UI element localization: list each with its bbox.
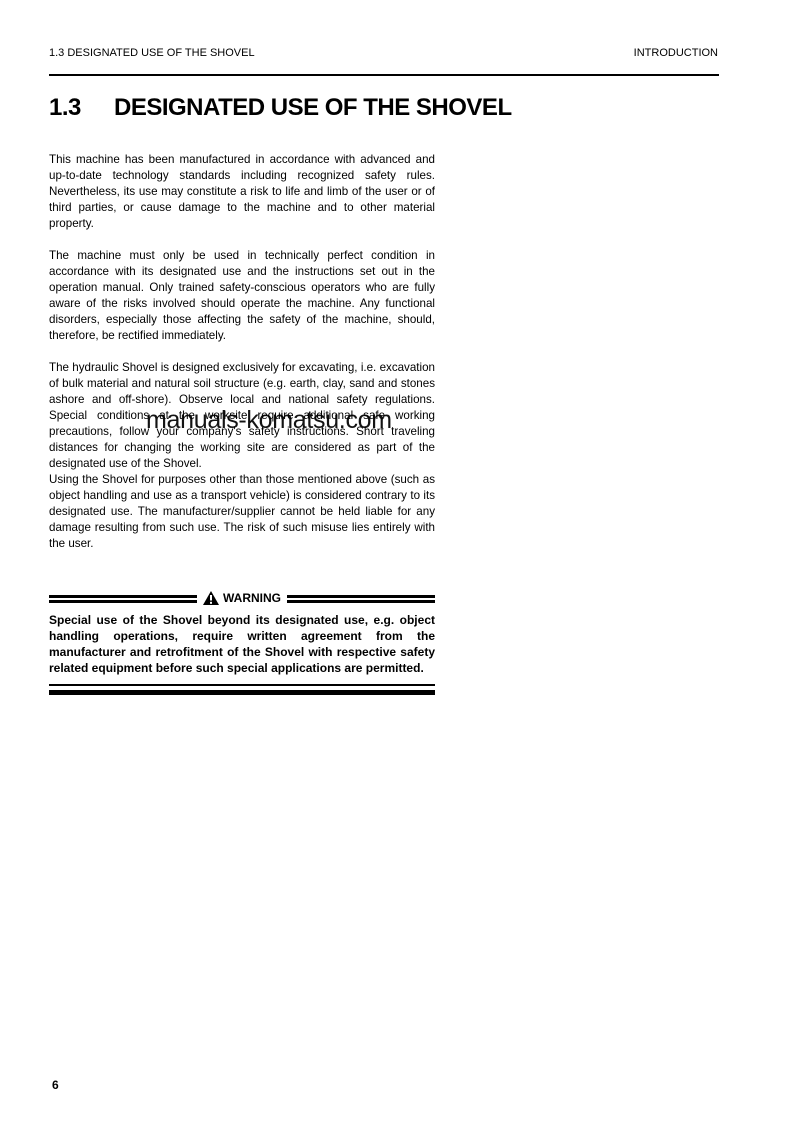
warning-box: WARNING Special use of the Shovel beyond…	[49, 590, 435, 695]
warning-triangle-icon	[203, 591, 219, 605]
page-number: 6	[52, 1078, 59, 1092]
section-number: 1.3	[49, 94, 114, 122]
warning-label-text: WARNING	[223, 591, 281, 605]
warning-rule-left	[49, 594, 197, 603]
warning-footer-rule	[49, 684, 435, 695]
warning-footer-thick-line	[49, 690, 435, 695]
paragraph-misuse: Using the Shovel for purposes other than…	[49, 472, 435, 552]
section-heading: DESIGNATED USE OF THE SHOVEL	[114, 94, 512, 122]
header-rule	[49, 74, 719, 76]
paragraph-designated-use: The hydraulic Shovel is designed exclusi…	[49, 360, 435, 472]
warning-footer-thin-line	[49, 684, 435, 686]
warning-text: Special use of the Shovel beyond its des…	[49, 612, 435, 676]
warning-label: WARNING	[197, 591, 287, 605]
body-text: This machine has been manufactured in ac…	[49, 152, 435, 568]
warning-header: WARNING	[49, 590, 435, 606]
section-title: 1.3 DESIGNATED USE OF THE SHOVEL	[49, 94, 512, 122]
paragraph-intro: This machine has been manufactured in ac…	[49, 152, 435, 232]
warning-rule-right	[287, 594, 435, 603]
paragraph-condition: The machine must only be used in technic…	[49, 248, 435, 344]
running-header: 1.3 DESIGNATED USE OF THE SHOVEL INTRODU…	[49, 47, 718, 59]
running-header-chapter: INTRODUCTION	[634, 47, 718, 59]
running-header-section: 1.3 DESIGNATED USE OF THE SHOVEL	[49, 47, 255, 59]
